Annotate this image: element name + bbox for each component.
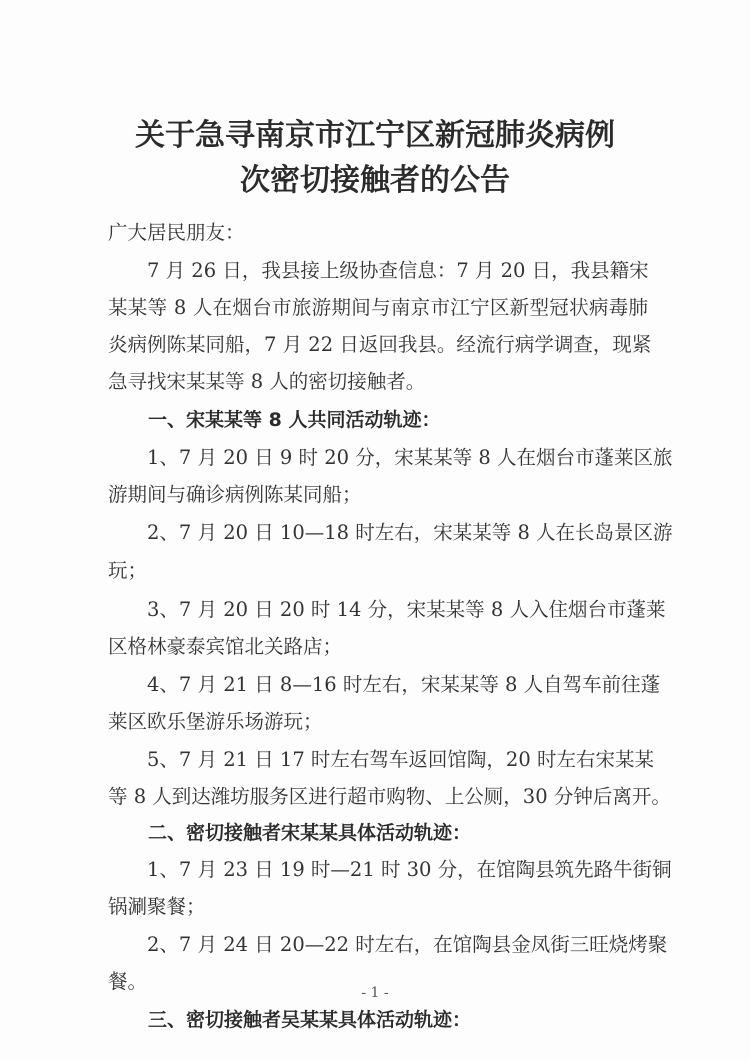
section1-line: 3、7 月 20 日 20 时 14 分，宋某某等 8 人入住烟台市蓬莱	[108, 595, 648, 625]
section2-line: 1、7 月 23 日 19 时—21 时 30 分，在馆陶县筑先路牛街铜	[108, 855, 648, 885]
section1-line: 1、7 月 20 日 9 时 20 分，宋某某等 8 人在烟台市蓬莱区旅	[108, 443, 648, 473]
section1-line: 区格林豪泰宾馆北关路店；	[108, 632, 648, 662]
section1-line: 玩；	[108, 556, 648, 586]
section1-line: 2、7 月 20 日 10—18 时左右，宋某某等 8 人在长岛景区游	[108, 518, 648, 548]
salutation: 广大居民朋友：	[108, 218, 648, 248]
intro-line: 炎病例陈某同船，7 月 22 日返回我县。经流行病学调查，现紧	[108, 330, 648, 360]
intro-line: 急寻找宋某某等 8 人的密切接触者。	[108, 367, 648, 397]
section1-line: 等 8 人到达潍坊服务区进行超市购物、上公厕，30 分钟后离开。	[108, 782, 648, 812]
document-page: 关于急寻南京市江宁区新冠肺炎病例 次密切接触者的公告 广大居民朋友： 7 月 2…	[0, 0, 750, 1060]
intro-line: 7 月 26 日，我县接上级协查信息：7 月 20 日，我县籍宋	[108, 256, 648, 286]
document-title-line1: 关于急寻南京市江宁区新冠肺炎病例	[0, 110, 750, 154]
section2-heading: 二、密切接触者宋某某具体活动轨迹：	[148, 818, 471, 848]
section2-line: 2、7 月 24 日 20—22 时左右，在馆陶县金凤街三旺烧烤聚	[108, 930, 648, 960]
section3-heading: 三、密切接触者吴某某具体活动轨迹：	[148, 1005, 471, 1035]
section2-line: 锅涮聚餐；	[108, 892, 648, 922]
intro-line: 某某等 8 人在烟台市旅游期间与南京市江宁区新型冠状病毒肺	[108, 293, 648, 323]
section1-heading: 一、宋某某等 8 人共同活动轨迹：	[148, 405, 440, 435]
section1-line: 4、7 月 21 日 8—16 时左右，宋某某等 8 人自驾车前往蓬	[108, 670, 648, 700]
section1-line: 5、7 月 21 日 17 时左右驾车返回馆陶，20 时左右宋某某	[108, 745, 648, 775]
section1-line: 游期间与确诊病例陈某同船；	[108, 480, 648, 510]
document-title-line2: 次密切接触者的公告	[0, 155, 750, 199]
section1-line: 莱区欧乐堡游乐场游玩；	[108, 707, 648, 737]
page-number: - 1 -	[0, 985, 750, 1001]
